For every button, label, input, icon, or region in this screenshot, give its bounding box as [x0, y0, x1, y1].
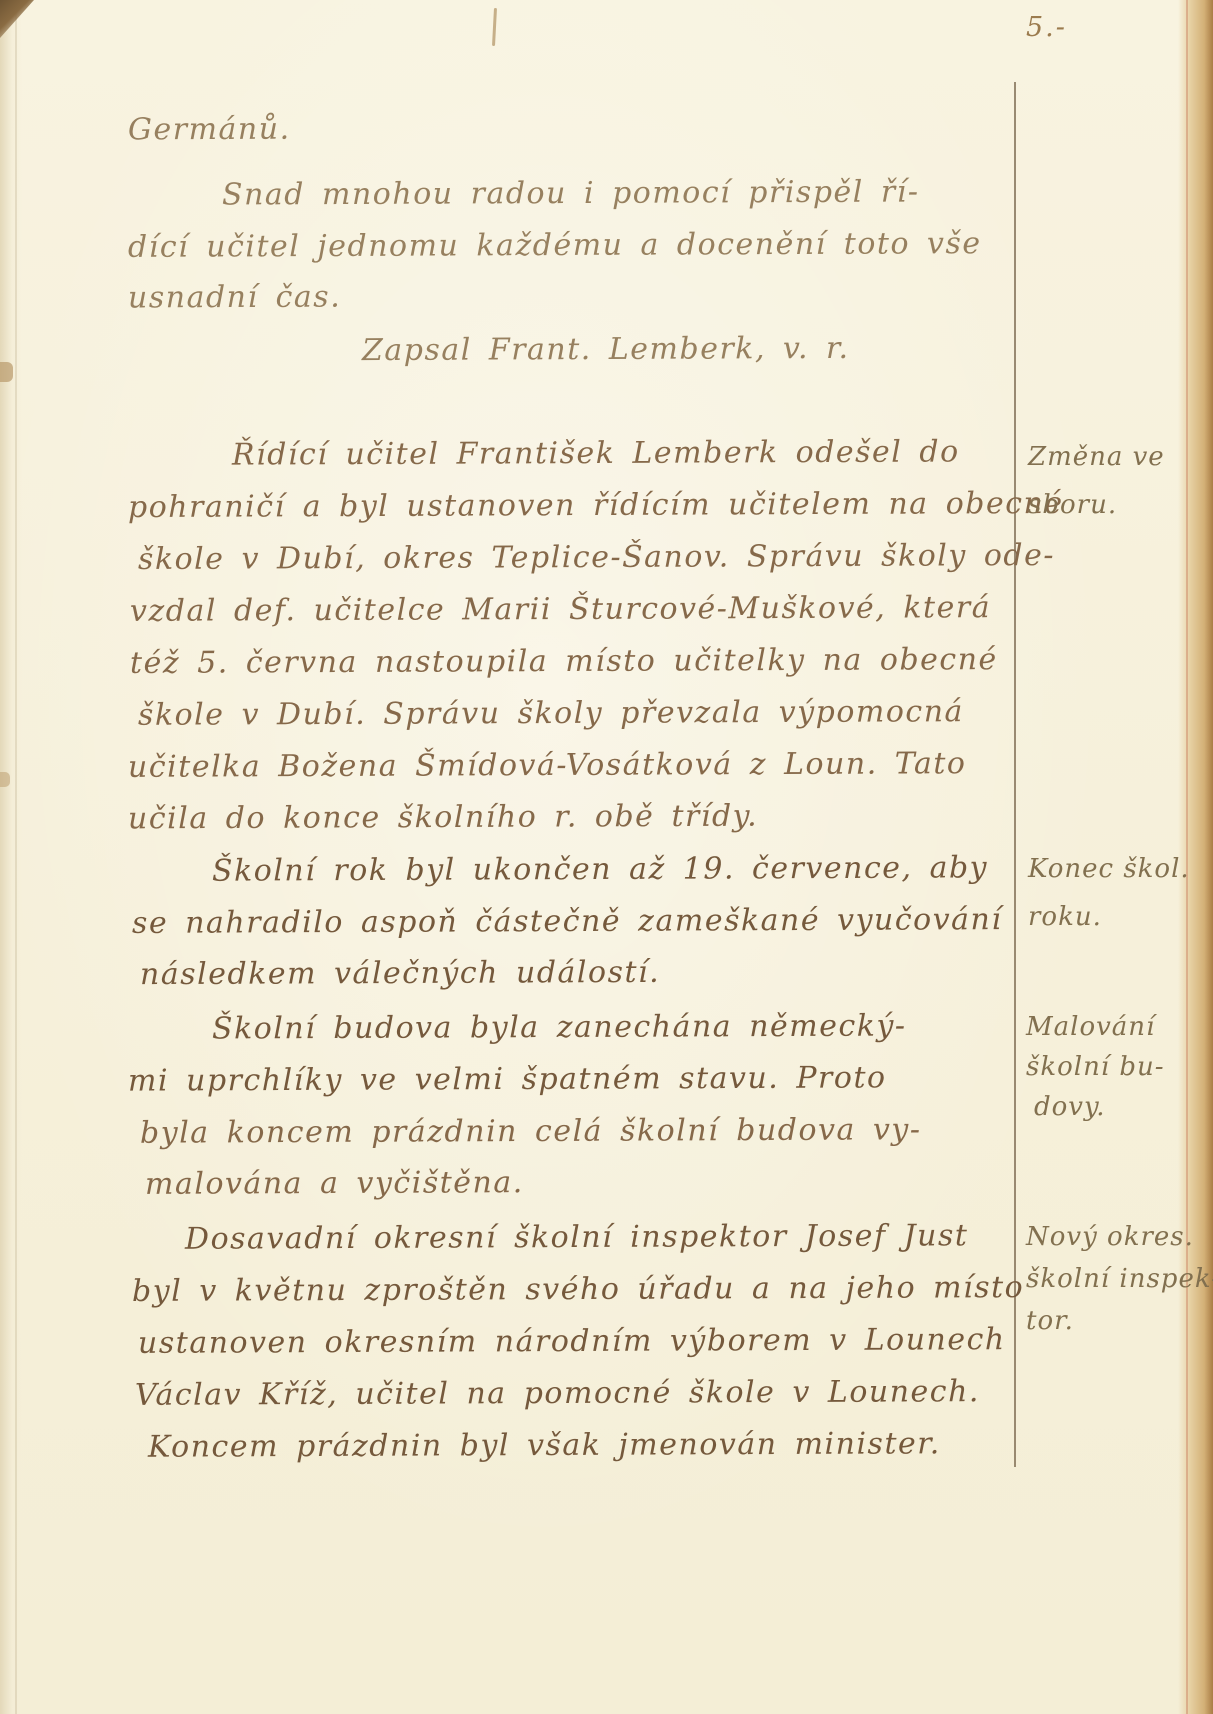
- page-binding-edge: [0, 0, 22, 1714]
- handwritten-line: mi uprchlíky ve velmi špatném stavu. Pro…: [128, 1060, 887, 1098]
- signature-line: Zapsal Frant. Lemberk, v. r.: [362, 331, 850, 368]
- handwritten-line: Germánů.: [128, 112, 291, 148]
- handwritten-line: Školní rok byl ukončen až 19. července, …: [212, 850, 988, 888]
- handwritten-line: Školní budova byla zanechána německý-: [212, 1008, 907, 1046]
- margin-note: dovy.: [1034, 1092, 1106, 1122]
- handwritten-line: učitelka Božena Šmídová-Vosátková z Loun…: [128, 746, 967, 785]
- paper-edge-mark: [0, 772, 10, 787]
- page-number: 5.-: [1026, 12, 1067, 43]
- paper-edge-mark: [0, 362, 13, 382]
- margin-note: Malování: [1026, 1012, 1155, 1042]
- handwritten-line: Koncem prázdnin byl však jmenován minist…: [148, 1426, 941, 1464]
- margin-note: tor.: [1026, 1306, 1074, 1336]
- handwritten-line: usnadní čas.: [128, 280, 341, 316]
- handwritten-line: pohraničí a byl ustanoven řídícím učitel…: [128, 486, 1064, 525]
- chronicle-page: 5.- Germánů. Snad mnohou radou i pomocí …: [0, 0, 1213, 1714]
- margin-note: školní inspek-: [1026, 1264, 1213, 1294]
- handwritten-line: ustanoven okresním národním výborem v Lo…: [138, 1322, 1006, 1361]
- handwritten-line: Řídící učitel František Lemberk odešel d…: [232, 434, 960, 472]
- margin-note: Změna ve: [1028, 442, 1165, 472]
- handwritten-line: Snad mnohou radou i pomocí přispěl ří-: [222, 174, 920, 212]
- margin-note: sboru.: [1028, 490, 1117, 520]
- margin-rule-line: [1014, 82, 1016, 1467]
- handwritten-line: vzdal def. učitelce Marii Šturcové-Muško…: [130, 590, 991, 629]
- paper-fold-line: [15, 0, 17, 1714]
- handwritten-line: dící učitel jednomu každému a docenění t…: [128, 226, 982, 265]
- handwritten-line: škole v Dubí, okres Teplice-Šanov. Správ…: [138, 538, 1055, 577]
- handwritten-line: též 5. června nastoupila místo učitelky …: [130, 642, 998, 681]
- handwritten-line: Václav Kříž, učitel na pomocné škole v L…: [135, 1374, 980, 1413]
- margin-note: roku.: [1028, 902, 1102, 932]
- margin-note: Nový okres.: [1026, 1222, 1194, 1252]
- handwritten-line: se nahradilo aspoň částečně zameškané vy…: [132, 902, 1003, 941]
- handwritten-line: následkem válečných událostí.: [140, 955, 660, 992]
- handwritten-line: učila do konce školního r. obě třídy.: [128, 799, 758, 837]
- stray-pen-mark: [492, 8, 497, 46]
- handwritten-line: škole v Dubí. Správu školy převzala výpo…: [138, 694, 964, 733]
- handwritten-line: byla koncem prázdnin celá školní budova …: [140, 1112, 922, 1150]
- margin-note: Konec škol.: [1028, 854, 1190, 884]
- margin-note: školní bu-: [1026, 1052, 1165, 1082]
- handwritten-line: Dosavadní okresní školní inspektor Josef…: [185, 1218, 969, 1256]
- handwritten-line: byl v květnu zproštěn svého úřadu a na j…: [132, 1270, 1024, 1309]
- handwritten-line: malována a vyčištěna.: [145, 1165, 524, 1202]
